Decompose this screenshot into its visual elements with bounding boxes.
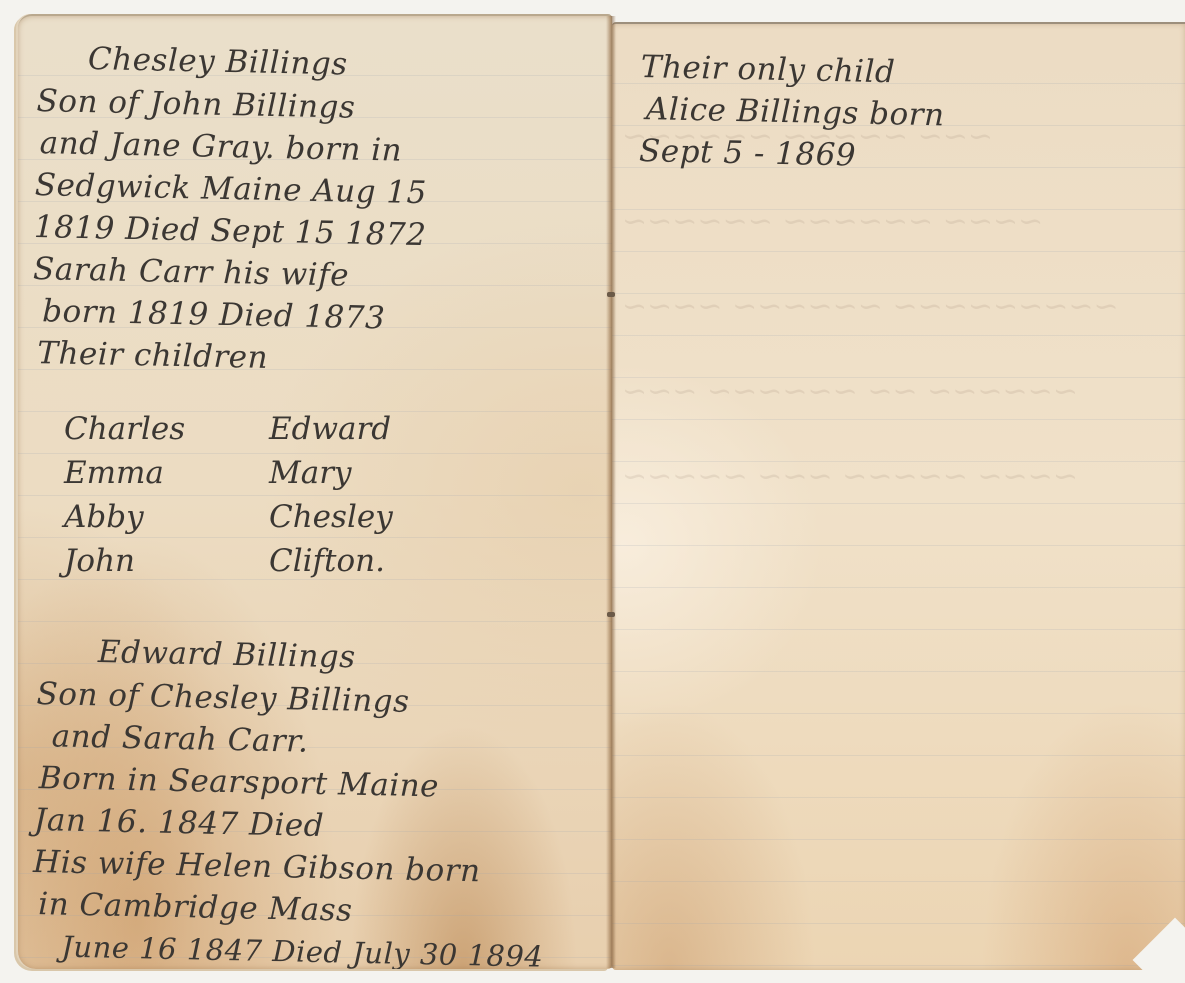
entry-edward-body: Son of Chesley Billings and Sarah Carr. … <box>31 673 549 969</box>
open-notebook: Chesley Billings Son of John Billings an… <box>0 0 1185 983</box>
bleed-through-text: ~~~~ ~~~~~ ~~~ ~~~~~ <box>622 459 1078 494</box>
child-name: Abby <box>64 499 269 543</box>
binding-stitch <box>607 292 615 297</box>
text-line: Sept 5 - 1869 <box>639 130 944 178</box>
binding-stitch <box>607 612 615 617</box>
children-row: Charles Edward <box>64 411 474 455</box>
entry-edward-heading: Edward Billings <box>98 631 356 678</box>
bleed-through-text: ~~~~~~~~~ ~~~~~~ ~~~~ <box>622 289 1119 324</box>
children-list: Charles Edward Emma Mary Abby Chesley Jo… <box>64 411 474 587</box>
book-spine <box>606 16 616 968</box>
entry-chesley-body: Son of John Billings and Jane Gray. born… <box>31 80 430 382</box>
child-name: Mary <box>269 455 474 499</box>
text-line: Their only child <box>640 46 945 94</box>
right-page-entry: Their only child Alice Billings born Sep… <box>639 46 946 178</box>
children-row: John Clifton. <box>64 543 474 587</box>
left-page: Chesley Billings Son of John Billings an… <box>18 14 612 969</box>
bleed-through-text: ~~~~~~ ~~ ~~~~~~ ~~~ <box>622 374 1078 409</box>
entry-chesley-heading: Chesley Billings <box>88 38 349 85</box>
child-name: John <box>64 543 269 587</box>
bleed-through-text: ~~~~ ~~~~~~ ~~~~~~ <box>622 204 1043 239</box>
child-name: Clifton. <box>269 543 474 587</box>
text-line: Alice Billings born <box>640 88 945 136</box>
child-name: Emma <box>64 455 269 499</box>
children-row: Emma Mary <box>64 455 474 499</box>
child-name: Edward <box>269 411 474 455</box>
child-name: Charles <box>64 411 269 455</box>
text-line: Their children <box>31 332 424 382</box>
child-name: Chesley <box>269 499 474 543</box>
children-row: Abby Chesley <box>64 499 474 543</box>
right-page: ~~~ ~~~~~ ~~~~~~ ~~~~ ~~~~~~ ~~~~~~ ~~~~… <box>612 22 1185 970</box>
